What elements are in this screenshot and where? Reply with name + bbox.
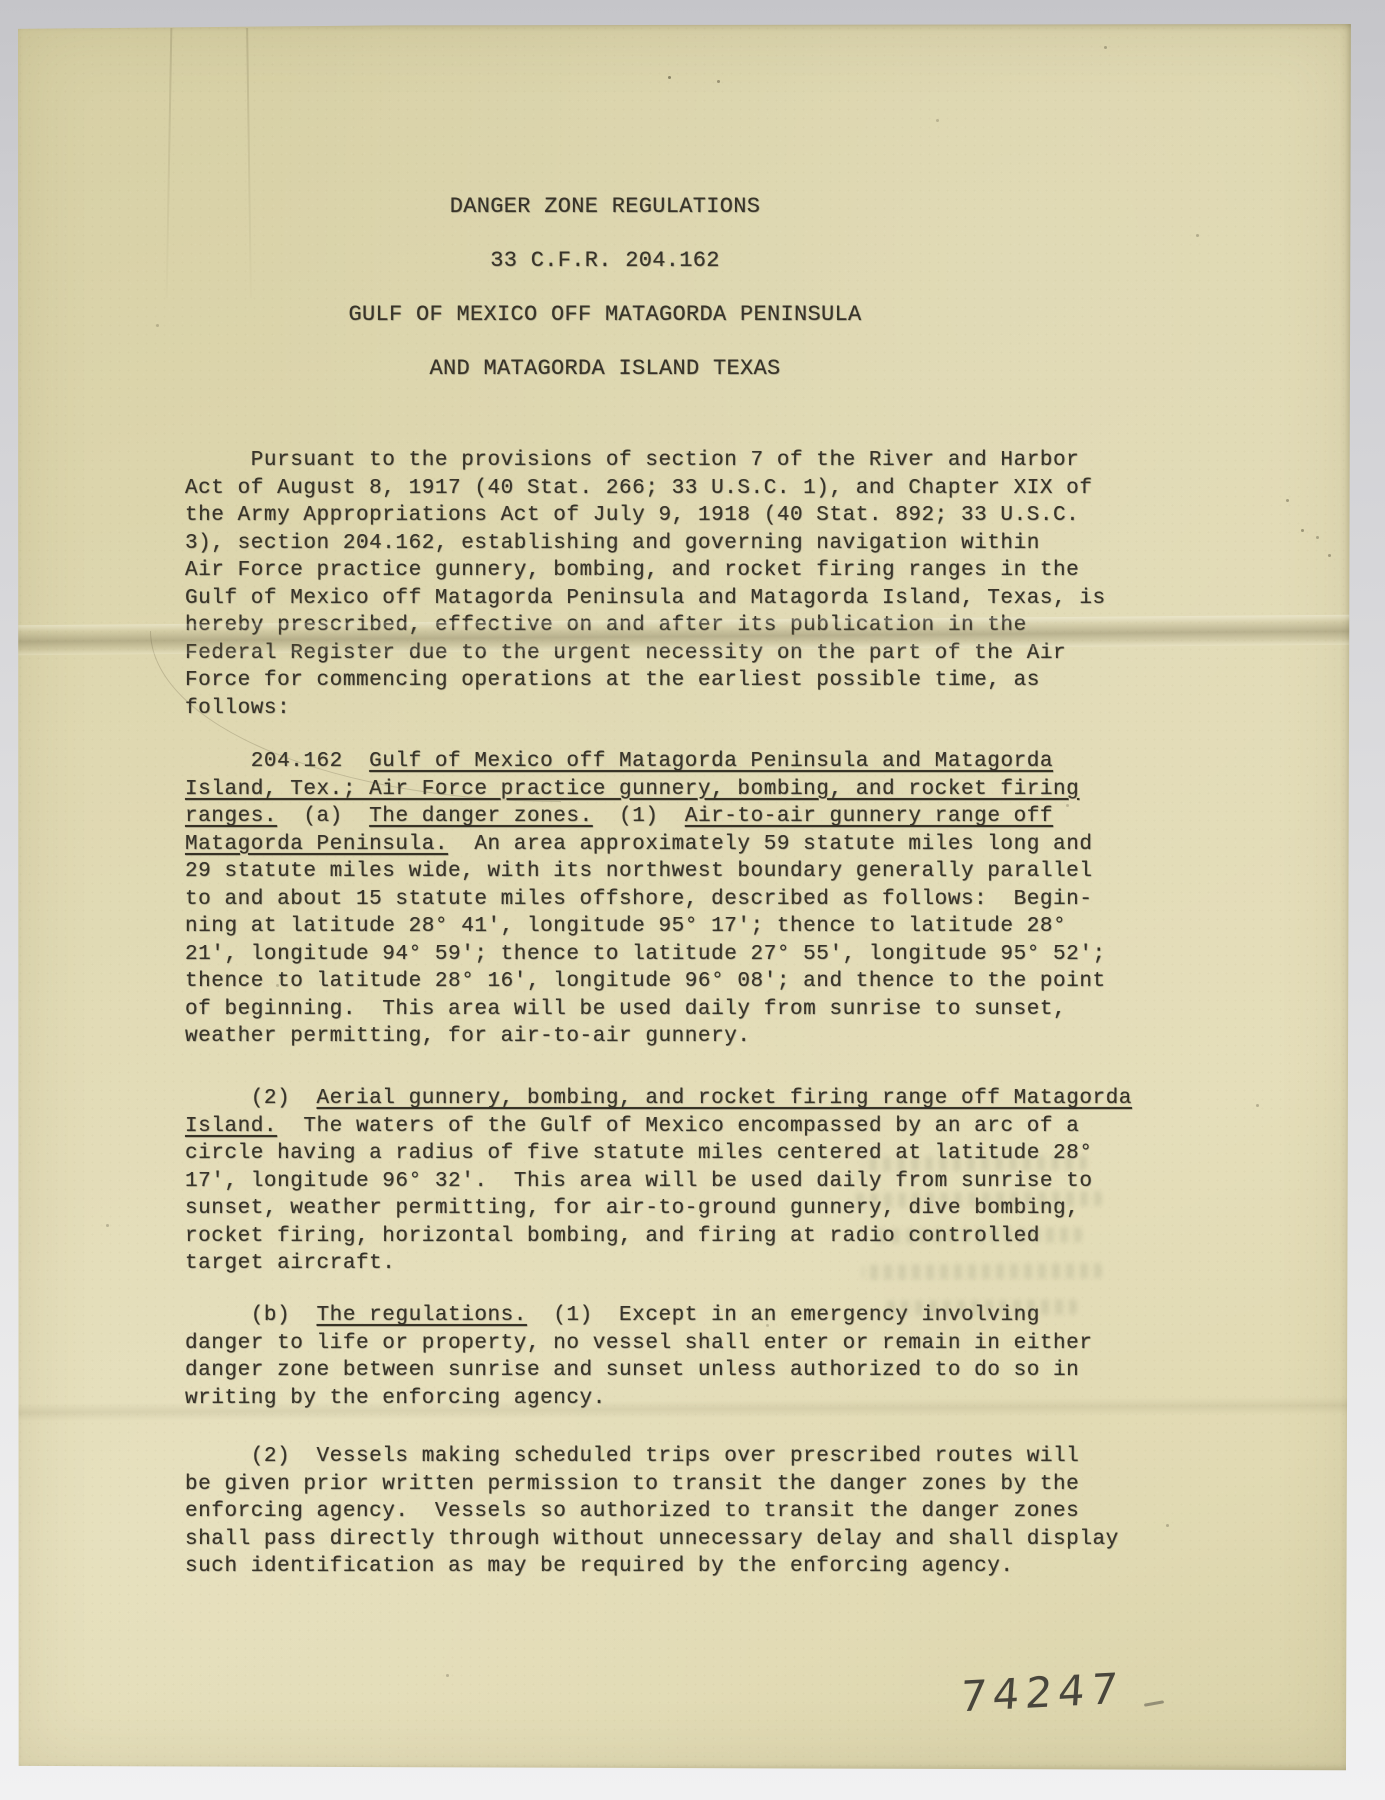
text-line: the Army Appropriations Act of July 9, 1… — [185, 502, 1106, 530]
text-line: danger zone between sunrise and sunset u… — [185, 1357, 1093, 1385]
title-block: DANGER ZONE REGULATIONS33 C.F.R. 204.162… — [16, 194, 1194, 410]
text-line: writing by the enforcing agency. — [185, 1385, 1093, 1413]
text-line: shall pass directly through without unne… — [185, 1526, 1119, 1554]
paragraph: Pursuant to the provisions of section 7 … — [185, 447, 1106, 722]
paragraph: (2) Aerial gunnery, bombing, and rocket … — [185, 1085, 1132, 1278]
text-line: Act of August 8, 1917 (40 Stat. 266; 33 … — [185, 475, 1106, 503]
text-line: Matagorda Peninsula. An area approximate… — [185, 831, 1106, 859]
text-line: (2) Vessels making scheduled trips over … — [185, 1443, 1119, 1471]
paragraph: 204.162 Gulf of Mexico off Matagorda Pen… — [185, 748, 1106, 1051]
text-line: Island, Tex.; Air Force practice gunnery… — [185, 776, 1106, 804]
paragraph: (b) The regulations. (1) Except in an em… — [185, 1302, 1093, 1412]
text-line: weather permitting, for air-to-air gunne… — [185, 1023, 1106, 1051]
text-line: 21', longitude 94° 59'; thence to latitu… — [185, 941, 1106, 969]
text-line: sunset, weather permitting, for air-to-g… — [185, 1195, 1132, 1223]
text-line: be given prior written permission to tra… — [185, 1471, 1119, 1499]
text-line: enforcing agency. Vessels so authorized … — [185, 1498, 1119, 1526]
text-line: 204.162 Gulf of Mexico off Matagorda Pen… — [185, 748, 1106, 776]
text-line: target aircraft. — [185, 1250, 1132, 1278]
text-line: 17', longitude 96° 32'. This area will b… — [185, 1168, 1132, 1196]
title-line: AND MATAGORDA ISLAND TEXAS — [16, 356, 1194, 410]
text-line: of beginning. This area will be used dai… — [185, 996, 1106, 1024]
scan-background: { "colors":{"paper":"#e0d9b2","ink":"#38… — [0, 0, 1385, 1800]
text-line: danger to life or property, no vessel sh… — [185, 1330, 1093, 1358]
text-line: rocket firing, horizontal bombing, and f… — [185, 1223, 1132, 1251]
text-line: Pursuant to the provisions of section 7 … — [185, 447, 1106, 475]
text-line: Force for commencing operations at the e… — [185, 667, 1106, 695]
text-line: thence to latitude 28° 16', longitude 96… — [185, 968, 1106, 996]
text-line: follows: — [185, 695, 1106, 723]
text-line: Air Force practice gunnery, bombing, and… — [185, 557, 1106, 585]
paragraph: (2) Vessels making scheduled trips over … — [185, 1443, 1119, 1581]
handwritten-number: 74247 — [958, 1664, 1125, 1722]
title-line: DANGER ZONE REGULATIONS — [16, 194, 1194, 248]
text-line: such identification as may be required b… — [185, 1553, 1119, 1581]
text-line: ranges. (a) The danger zones. (1) Air-to… — [185, 803, 1106, 831]
paper-specks — [668, 76, 671, 79]
text-line: (b) The regulations. (1) Except in an em… — [185, 1302, 1093, 1330]
text-line: 3), section 204.162, establishing and go… — [185, 530, 1106, 558]
document-page: DANGER ZONE REGULATIONS33 C.F.R. 204.162… — [16, 24, 1352, 1772]
text-line: circle having a radius of five statute m… — [185, 1140, 1132, 1168]
title-line: GULF OF MEXICO OFF MATAGORDA PENINSULA — [16, 302, 1194, 356]
title-line: 33 C.F.R. 204.162 — [16, 248, 1194, 302]
text-line: 29 statute miles wide, with its northwes… — [185, 858, 1106, 886]
text-line: to and about 15 statute miles offshore, … — [185, 886, 1106, 914]
text-line: Island. The waters of the Gulf of Mexico… — [185, 1113, 1132, 1141]
text-line: Gulf of Mexico off Matagorda Peninsula a… — [185, 585, 1106, 613]
text-line: ning at latitude 28° 41', longitude 95° … — [185, 913, 1106, 941]
text-line: (2) Aerial gunnery, bombing, and rocket … — [185, 1085, 1132, 1113]
